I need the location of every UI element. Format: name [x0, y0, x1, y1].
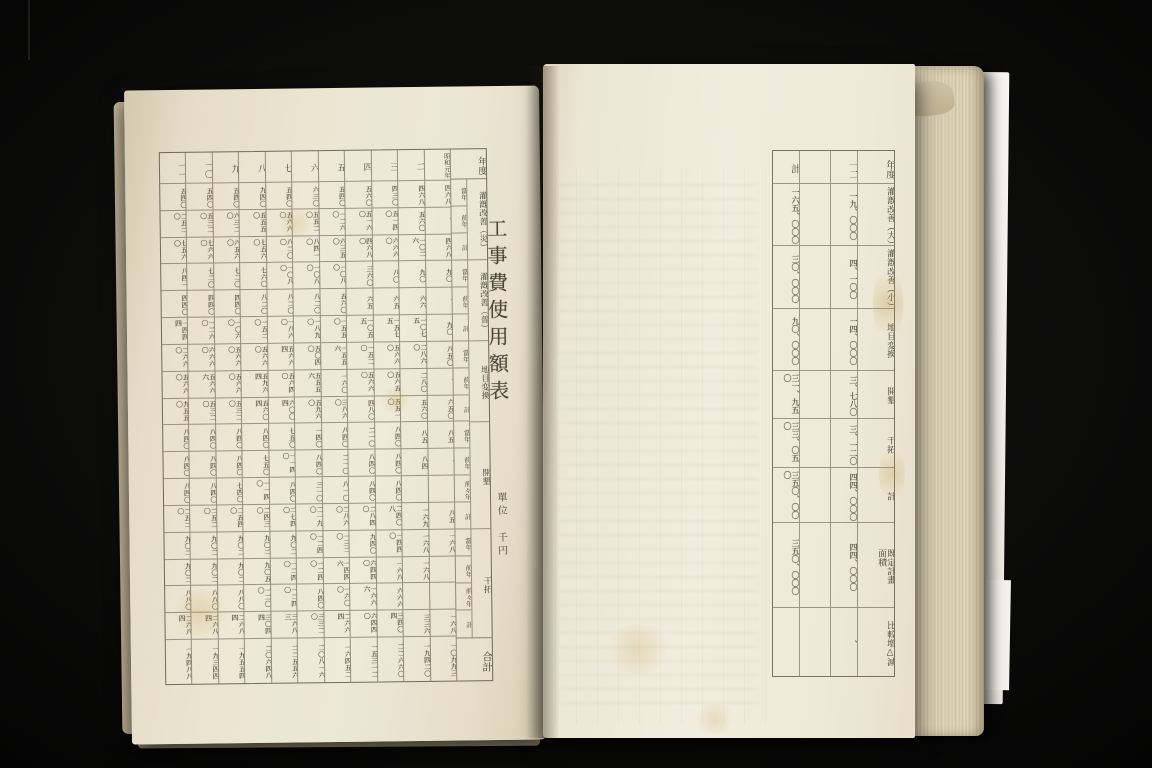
table-cell: 二五二〇 — [164, 506, 190, 533]
row-label: 灌漑改善（大） — [858, 184, 894, 245]
ledger-table-right: 計一二年度一六五、〇〇〇一九、〇〇〇灌漑改善（大）三〇、〇〇〇四、一〇〇灌漑改善… — [772, 150, 895, 677]
table-cell: 八四〇 — [216, 451, 242, 478]
table-cell: 一二四〇 — [297, 558, 323, 585]
table-cell: 八四〇 — [296, 450, 322, 477]
table-cell: 、 — [426, 288, 452, 315]
table-cell: 一〇二六 — [399, 234, 425, 261]
table-cell: 五六六〇 — [374, 342, 400, 369]
table-cell: 二五二〇 — [191, 505, 217, 532]
table-cell: 八四〇 — [349, 477, 375, 504]
year12-cell: 一九、〇〇〇 — [831, 184, 858, 245]
table-cell — [428, 476, 454, 503]
year12-cell: 三、一二〇 — [831, 419, 858, 467]
table-cell: 七五〇 — [243, 451, 269, 478]
table-cell: 一〇五五 — [347, 316, 373, 343]
table-cell: 九〇 — [426, 315, 452, 342]
table-cell: 一二〇〇 — [244, 585, 270, 612]
total-column-header: 計 — [773, 151, 800, 183]
table-cell: 三四〇四 — [377, 610, 403, 637]
table-cell: 三〇四四 — [245, 612, 271, 639]
table-cell: 六六 — [400, 288, 426, 315]
table-cell: 五六五〇 — [374, 369, 400, 396]
table-cell: 六四四〇 — [351, 611, 377, 638]
empty-cell — [800, 608, 831, 676]
total-cell: 九〇、〇〇〇 — [773, 309, 800, 370]
subrow-label: 前々年 — [455, 476, 470, 503]
table-cell: 五六六四 — [268, 343, 294, 370]
table-cell: 五三二〇 — [216, 398, 242, 425]
table-cell: 一五七五 — [373, 315, 399, 342]
table-cell: 二八六〇 — [323, 504, 349, 531]
total-cell: 三三、〇五〇 — [773, 419, 800, 467]
table-cell: 三六八三 — [271, 612, 297, 639]
table-cell: 五六六六 — [189, 371, 215, 398]
year-column-header: 二 — [398, 150, 424, 181]
subrow-label: 當年 — [455, 529, 470, 556]
empty-cell — [800, 523, 831, 607]
page-title: 工事費使用額表 — [486, 218, 508, 407]
table-cell: 、 — [427, 368, 453, 395]
year-column-header: 一一 — [160, 153, 186, 184]
table-cell: 九四〇 — [240, 183, 266, 210]
table-cell: 一六〇 — [321, 370, 347, 397]
total-row-label: 合計 — [457, 637, 493, 681]
table-cell: 二六六四 — [324, 611, 350, 638]
table-cell: 四三〇 — [372, 181, 398, 208]
left-page: 一一五四〇二五二〇七五六〇八四一四四〇一四四四二六六〇五六六〇九五五〇八四〇八四… — [124, 85, 547, 744]
table-cell: 六五 — [373, 288, 399, 315]
table-row: 、比較增△減 — [773, 608, 894, 676]
year12-cell: 四四、〇〇〇 — [831, 468, 858, 522]
table-cell: 六六六〇 — [372, 235, 398, 262]
table-cell: 五六六〇 — [348, 369, 374, 396]
table-cell: 一二六〇 — [319, 209, 345, 236]
table-cell: 五六〇 — [320, 289, 346, 316]
table-cell: 九〇二 — [191, 532, 217, 559]
subrow-label: 計 — [456, 610, 471, 637]
table-row: 九〇、〇〇〇一四、〇〇〇地目変換 — [773, 309, 894, 371]
table-cell: 六三二〇 — [213, 210, 239, 237]
table-cell: 一三二〇 — [323, 531, 349, 558]
table-cell: 八四〇 — [216, 425, 242, 452]
table-cell: 八四〇 — [190, 425, 216, 452]
table-cell: 五六四〇 — [268, 370, 294, 397]
subrow-label: 前年 — [452, 287, 467, 314]
empty-column-header — [800, 151, 831, 183]
table-cell: 二六八四 — [165, 613, 191, 640]
subrow-label: 當年 — [454, 422, 469, 449]
table-cell: 六五 — [347, 289, 373, 316]
table-cell: 七五六〇 — [240, 236, 266, 263]
subrow-label: 前年 — [453, 368, 468, 395]
subrow-label: 當年 — [451, 180, 466, 207]
table-cell: 五四〇 — [266, 182, 292, 209]
table-cell: 一六八 — [376, 557, 402, 584]
table-cell: 八四〇 — [270, 478, 296, 505]
table-cell: 九〇二 — [165, 559, 191, 586]
year-column-header: 四 — [345, 151, 371, 182]
table-cell: 五四〇 — [187, 183, 213, 210]
table-cell: 五五五六 — [295, 370, 321, 397]
table-cell: 一二四〇 — [271, 558, 297, 585]
table-cell: 八四〇 — [190, 479, 216, 506]
table-cell: 五〇四〇 — [294, 343, 320, 370]
table-cell: 八〇 — [373, 262, 399, 289]
table-cell: 一六九 — [402, 503, 428, 530]
year-header-cell: 年度 — [858, 151, 894, 183]
table-cell: 一〇八〇 — [320, 262, 346, 289]
table-cell — [403, 583, 429, 610]
table-cell: 一六六六 — [350, 584, 376, 611]
table-cell: 三三六 — [403, 610, 429, 637]
subrow-label: 前年 — [456, 556, 471, 583]
table-cell: 二二六六〇 — [377, 637, 403, 681]
table-cell: 五六〇四 — [242, 397, 268, 424]
table-cell: 四六八 — [398, 181, 424, 208]
table-cell: 五六六〇 — [266, 209, 292, 236]
table-cell: 一八九〇 — [294, 316, 320, 343]
table-cell: 六五〇 — [427, 395, 453, 422]
table-cell: 二六八四 — [192, 613, 218, 640]
table-cell: 一四〇 — [295, 424, 321, 451]
table-cell: 二四〇八 — [376, 503, 402, 530]
table-cell: 八二〇〇 — [267, 236, 293, 263]
table-cell: 四四〇 — [188, 291, 214, 318]
row-label: 灌漑改善（小） — [858, 246, 894, 308]
empty-cell — [800, 184, 831, 245]
year-column-header: 五 — [318, 151, 344, 182]
table-cell: 九〇 — [399, 261, 425, 288]
subrow-label: 當年 — [452, 261, 467, 288]
table-cell: 八四〇 — [190, 452, 216, 479]
table-cell: 二七四〇 — [270, 504, 296, 531]
unit-label: 單位 千円 — [495, 492, 506, 558]
table-cell: 六三〇 — [292, 182, 318, 209]
subrow-label: 當年 — [453, 341, 468, 368]
total-cell: 三五〇、〇〇〇 — [773, 523, 800, 607]
table-cell: 一一四〇 — [243, 478, 269, 505]
table-cell: 一九五五四 — [219, 639, 245, 683]
table-cell: 七五〇 — [269, 424, 295, 451]
photo-backdrop: 一一五四〇二五二〇七五六〇八四一四四〇一四四四二六六〇五六六〇九五五〇八四〇八四… — [0, 0, 1152, 768]
table-cell: 六六六〇 — [189, 344, 215, 371]
backing-card-tab — [983, 580, 1011, 690]
table-cell: 九〇 — [426, 261, 452, 288]
table-row: 一六五、〇〇〇一九、〇〇〇灌漑改善（大） — [773, 184, 894, 246]
table-cell: 八二〇 — [241, 290, 267, 317]
table-cell: 一六四五二 — [324, 638, 350, 682]
table-cell: 五一四〇 — [372, 208, 398, 235]
total-cell: 三一、九五〇 — [773, 371, 800, 418]
table-cell: 八四〇 — [349, 450, 375, 477]
table-cell: 八五 — [428, 422, 454, 449]
table-cell: 一二六〇 — [188, 318, 214, 345]
year12-cell: 四、一〇〇 — [831, 246, 858, 308]
table-cell: 二八六〇 — [400, 342, 426, 369]
table-cell: 一〇九九三 — [430, 637, 456, 681]
table-row: 三〇、〇〇〇四、一〇〇灌漑改善（小） — [773, 246, 894, 309]
table-cell: 七二〇 — [214, 264, 240, 291]
table-cell: 九〇二 — [164, 532, 190, 559]
table-cell: 一四四〇 — [376, 530, 402, 557]
table-cell: 四四〇 — [214, 290, 240, 317]
empty-cell — [800, 246, 831, 308]
table-cell: 三三二〇 — [298, 611, 324, 638]
table-cell: 五三二〇 — [189, 398, 215, 425]
table-cell: 五四〇 — [319, 182, 345, 209]
table-cell: 二二五五六 — [272, 639, 298, 683]
year12-cell: 四四、〇〇〇 — [831, 523, 858, 607]
table-cell: 二一〇 — [348, 423, 374, 450]
table-cell: 一六八 — [402, 530, 428, 557]
table-cell: 九〇二 — [217, 532, 243, 559]
table-cell: 五四〇 — [160, 184, 186, 211]
table-cell: 一八六〇 — [268, 317, 294, 344]
year-column-header: 一〇 — [186, 152, 212, 183]
table-cell: 八四〇 — [375, 449, 401, 476]
table-cell: 五六六〇 — [241, 344, 267, 371]
table-cell: 七四〇 — [217, 478, 243, 505]
table-cell: 三一〇 — [296, 477, 322, 504]
table-cell: 一六八 — [429, 529, 455, 556]
table-cell: 五六六〇 — [215, 344, 241, 371]
table-cell: 二一九〇 — [296, 504, 322, 531]
table-cell: 二四三〇 — [243, 505, 269, 532]
total-cell: 一六五、〇〇〇 — [773, 184, 800, 245]
table-cell: 八四〇 — [163, 452, 189, 479]
table-cell: 六〇〇四 — [269, 397, 295, 424]
table-cell: 七六六〇 — [187, 237, 213, 264]
total-cell: 三〇、〇〇〇 — [773, 246, 800, 308]
year-column-header: 八 — [239, 152, 265, 183]
table-cell: 四四〇 — [161, 291, 187, 318]
table-cell: 二〇八一六 — [298, 638, 324, 682]
table-cell: 一五五〇 — [321, 316, 347, 343]
table-cell: 八八〇 — [218, 585, 244, 612]
right-page: 計一二年度一六五、〇〇〇一九、〇〇〇灌漑改善（大）三〇、〇〇〇四、一〇〇灌漑改善… — [543, 64, 915, 738]
year-column-header: 昭和元年 — [424, 150, 450, 181]
table-cell: 五九六〇 — [295, 397, 321, 424]
table-cell: 八四〇 — [164, 479, 190, 506]
table-cell: 八四〇 — [375, 476, 401, 503]
group-label: 開墾 — [470, 422, 490, 530]
subrow-label: 計 — [455, 503, 470, 530]
table-cell: 八四〇 — [322, 423, 348, 450]
subrow-label: 前々年 — [456, 583, 471, 610]
table-cell: 一〇八〇 — [267, 263, 293, 290]
table-cell: 九〇二 — [218, 559, 244, 586]
table-cell: 二〇六四八 — [245, 639, 271, 683]
year12-cell: 、 — [831, 608, 858, 676]
table-cell: 九〇二 — [191, 559, 217, 586]
row-label: 地目変換 — [858, 309, 894, 370]
bleed-through-rows — [559, 184, 759, 704]
table-cell: 八八〇 — [165, 586, 191, 613]
table-cell: 一九四八八 — [166, 640, 192, 684]
table-cell: 三六〇 — [346, 262, 372, 289]
table-cell: 五六〇 — [399, 208, 425, 235]
table-cell — [429, 556, 455, 583]
subrow-label: 計 — [452, 234, 467, 261]
subrow-label: 前年 — [451, 207, 466, 234]
table-cell: 一九四二〇 — [404, 637, 430, 681]
table-cell: 一六八 — [430, 610, 456, 637]
table-cell: 一五五六 — [321, 343, 347, 370]
year-header-cell: 年度 — [451, 149, 486, 180]
empty-cell — [800, 468, 831, 522]
table-cell: 五六六〇 — [162, 372, 188, 399]
year12-column-header: 一二 — [831, 151, 858, 183]
table-cell: 八四〇 — [297, 585, 323, 612]
table-cell: 一五二〇 — [241, 317, 267, 344]
page-stack-fore-edge — [912, 66, 984, 736]
table-cell: 二五四〇 — [217, 505, 243, 532]
table-cell: 五五五〇 — [240, 210, 266, 237]
table-cell: 八四一 — [161, 264, 187, 291]
table-cell: 一六〇〇 — [324, 584, 350, 611]
year-column-header: 六 — [292, 151, 318, 182]
table-cell: 六五六〇 — [214, 237, 240, 264]
table-cell: 一四四四 — [162, 318, 188, 345]
ledger-table-left: 一一五四〇二五二〇七五六〇八四一四四〇一四四四二六六〇五六六〇九五五〇八四〇八四… — [159, 148, 493, 685]
year12-cell: 一四、〇〇〇 — [831, 309, 858, 370]
row-label: 既定計畫 面積 — [858, 523, 894, 607]
table-cell: 四八〇 — [348, 396, 374, 423]
table-cell: 一五二〇 — [347, 342, 373, 369]
year12-cell: 三、七八〇 — [831, 371, 858, 418]
table-cell: 五三二〇 — [187, 210, 213, 237]
table-cell: 五四〇 — [213, 183, 239, 210]
group-label: 干拓 — [471, 529, 491, 637]
table-cell: 一〇六〇 — [215, 317, 241, 344]
table-cell: 二八四〇 — [349, 503, 375, 530]
table-header-row: 計一二年度 — [773, 151, 894, 184]
table-cell: 八八〇 — [192, 586, 218, 613]
table-cell — [430, 583, 456, 610]
table-cell: 九四〇 — [350, 530, 376, 557]
table-cell: 一六八 — [403, 556, 429, 583]
table-cell: 一五三一二 — [351, 638, 377, 682]
row-label: 比較增△減 — [858, 608, 894, 676]
table-cell: 八二〇 — [267, 290, 293, 317]
table-cell: 一二四〇 — [297, 531, 323, 558]
table-cell: 二八〇 — [401, 369, 427, 396]
table-cell: 一〇七五 — [400, 315, 426, 342]
total-cell — [773, 608, 800, 676]
table-cell: 八四〇 — [242, 424, 268, 451]
table-cell: 、 — [425, 207, 451, 234]
total-cell: 三五〇、〇〇〇 — [773, 468, 800, 522]
empty-cell — [800, 371, 831, 418]
table-cell: 九〇二 — [270, 531, 296, 558]
table-cell: 五六〇 — [345, 181, 371, 208]
table-cell: 四六八 — [425, 181, 451, 208]
table-row: 三一、九五〇三、七八〇開墾 — [773, 371, 894, 419]
table-cell: 五五一〇 — [374, 396, 400, 423]
case-edge-line — [28, 0, 30, 60]
table-cell: 四六八 — [425, 234, 451, 261]
table-cell: 七六〇 — [241, 263, 267, 290]
row-label: 開墾 — [858, 371, 894, 418]
table-cell: 八五 — [429, 502, 455, 529]
table-cell: 五五二〇 — [293, 209, 319, 236]
table-cell: 五六六〇 — [215, 371, 241, 398]
table-cell: 八四〇 — [375, 423, 401, 450]
table-cell: 七二〇 — [188, 264, 214, 291]
table-cell: 二五二〇 — [160, 211, 186, 238]
table-cell: 六四四〇 — [350, 557, 376, 584]
table-cell: 八五〇 — [427, 341, 453, 368]
subrow-label: 計 — [454, 395, 469, 422]
subrow-label: 前年 — [454, 449, 469, 476]
table-cell: 八四 — [402, 449, 428, 476]
table-cell: 八一〇 — [322, 477, 348, 504]
table-cell: 一〇八〇 — [293, 263, 319, 290]
row-label: 干拓 — [858, 419, 894, 467]
subrow-label: 計 — [453, 314, 468, 341]
table-cell: 九〇二 — [244, 532, 270, 559]
table-cell: 、 — [428, 449, 454, 476]
table-cell: 一一四〇 — [269, 451, 295, 478]
table-cell — [402, 476, 428, 503]
year-column-header: 七 — [266, 152, 292, 183]
year-column-header: 九 — [213, 152, 239, 183]
table-cell: 二一〇 — [322, 450, 348, 477]
table-cell: 六三五〇 — [320, 235, 346, 262]
table-row: 三五〇、〇〇〇四四、〇〇〇計 — [773, 468, 894, 523]
table-cell: 九五五〇 — [163, 398, 189, 425]
table-cell: 九〇五 — [244, 558, 270, 585]
empty-cell — [800, 309, 831, 370]
table-cell: 一二四〇 — [271, 585, 297, 612]
table-cell: 一九三四四 — [192, 639, 218, 683]
table-cell: 八四〇 — [163, 425, 189, 452]
table-cell: 七五六〇 — [161, 237, 187, 264]
table-cell: 六六六 — [377, 584, 403, 611]
table-cell: 三八六〇 — [321, 396, 347, 423]
table-cell: 五九六四 — [242, 371, 268, 398]
table-cell: 四六八〇 — [346, 235, 372, 262]
table-cell: 五六〇 — [401, 395, 427, 422]
table-cell: 五一六〇 — [346, 208, 372, 235]
table-row: 三三、〇五〇三、一二〇干拓 — [773, 419, 894, 468]
row-label: 計 — [858, 468, 894, 522]
table-row: 三五〇、〇〇〇四四、〇〇〇既定計畫 面積 — [773, 523, 894, 608]
table-cell: 八五 — [401, 422, 427, 449]
empty-cell — [800, 419, 831, 467]
table-cell: 二六六〇 — [162, 345, 188, 372]
table-cell: 八四一〇 — [293, 236, 319, 263]
table-cell: 一四四六 — [323, 557, 349, 584]
year-column-header: 三 — [371, 150, 397, 181]
table-cell: 二六八四 — [218, 612, 244, 639]
book-gutter-shadow — [526, 66, 560, 738]
table-cell: 八二〇 — [294, 289, 320, 316]
